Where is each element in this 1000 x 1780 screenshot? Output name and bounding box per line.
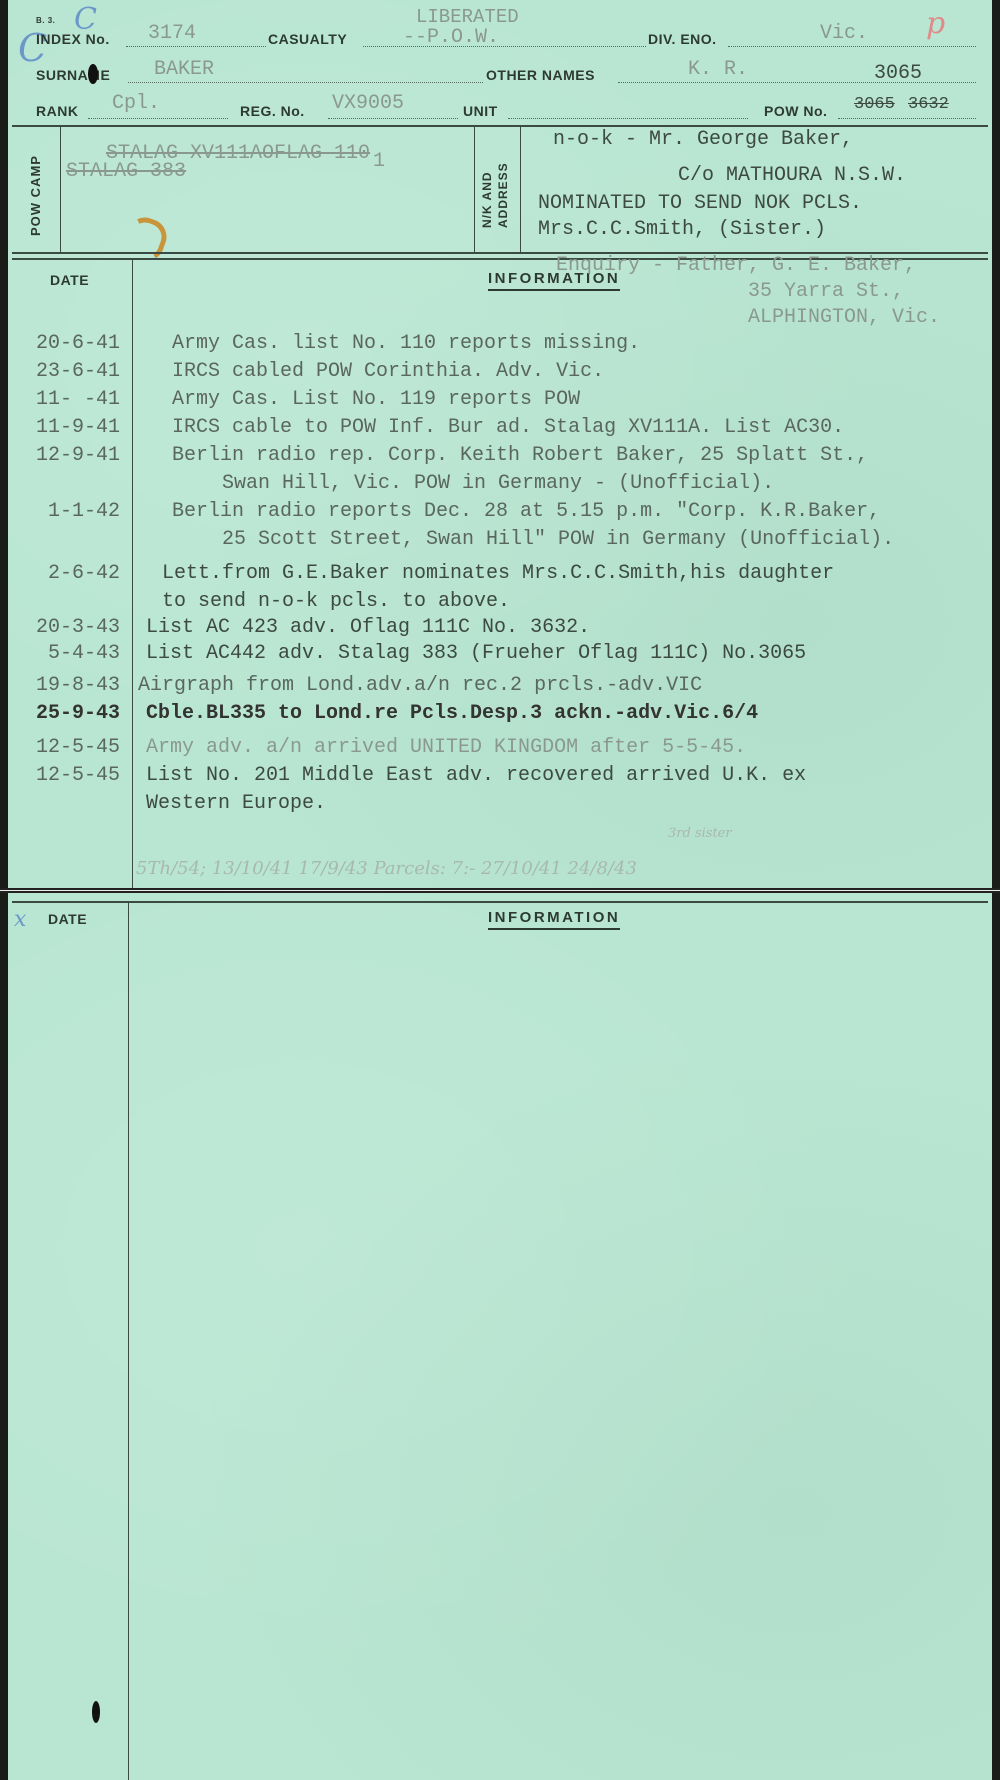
nok-line: n-o-k - Mr. George Baker, [553,128,853,151]
entry-text: Berlin radio reports Dec. 28 at 5.15 p.m… [172,500,880,523]
pow-camp-line-2: STALAG 383 [66,160,186,183]
entry-text: Cble.BL335 to Lond.re Pcls.Desp.3 ackn.-… [146,702,758,725]
ink-blot [92,1701,100,1723]
entry-date: 2-6-42 [48,562,120,585]
entry-text: Army adv. a/n arrived UNITED KINGDOM aft… [146,736,746,759]
entry-text: IRCS cabled POW Corinthia. Adv. Vic. [172,360,604,383]
entry-text: Swan Hill, Vic. POW in Germany - (Unoffi… [222,472,774,495]
casualty-value: --P.O.W. [403,26,499,49]
entry-date: 23-6-41 [36,360,120,383]
entry-date: 12-5-45 [36,764,120,787]
date-column-header: DATE [50,272,89,288]
entry-date: 25-9-43 [36,702,120,725]
nok-line: C/o MATHOURA N.S.W. [678,164,906,187]
entry-text: Western Europe. [146,792,326,815]
entry-date: 12-9-41 [36,444,120,467]
reg-no-value: VX9005 [332,92,404,115]
pow-no-struck-2: 3632 [908,95,949,114]
enquiry-line: Enquiry - Father, G. E. Baker, [556,254,916,277]
entry-text: Airgraph from Lond.adv.a/n rec.2 prcls.-… [138,674,702,697]
surname-label: SURNAME [36,67,110,83]
other-names-value: K. R. [688,58,748,81]
enquiry-line: 35 Yarra St., [748,280,904,303]
entry-text: List AC442 adv. Stalag 383 (Frueher Ofla… [146,642,806,665]
index-no-label: INDEX No. [36,31,110,47]
pow-camp-label: POW CAMP [28,155,43,236]
entry-text: to send n-o-k pcls. to above. [162,590,510,613]
blue-pencil-mark: x [14,907,26,932]
information-column-header: INFORMATION [488,909,620,930]
index-no-value: 3174 [148,22,196,45]
entry-date: 19-8-43 [36,674,120,697]
rust-stain [120,212,171,263]
rank-value: Cpl. [112,92,160,115]
surname-value: BAKER [154,58,214,81]
red-pencil-mark: p [926,6,945,41]
div-eno-label: DIV. ENO. [648,31,717,47]
form-code: B. 3. [36,16,55,25]
entry-text: List No. 201 Middle East adv. recovered … [146,764,806,787]
enquiry-line: ALPHINGTON, Vic. [748,306,940,329]
casualty-label: CASUALTY [268,31,347,47]
liberated-stamp: LIBERATED [416,6,519,28]
entry-date: 20-3-43 [36,616,120,639]
entry-text: List AC 423 adv. Oflag 111C No. 3632. [146,616,590,639]
entry-text: Berlin radio rep. Corp. Keith Robert Bak… [172,444,868,467]
entry-date: 20-6-41 [36,332,120,355]
entry-text: 25 Scott Street, Swan Hill" POW in Germa… [222,528,894,551]
address-label: ADDRESS [496,162,510,228]
entry-date: 11- -41 [36,388,120,411]
pow-camp-line-1-extra: 1 [373,150,385,173]
rank-label: RANK [36,103,78,119]
entry-date: 11-9-41 [36,416,120,439]
nok-line: Mrs.C.C.Smith, (Sister.) [538,218,826,241]
entry-text: IRCS cable to POW Inf. Bur ad. Stalag XV… [172,416,844,439]
other-names-label: OTHER NAMES [486,67,595,83]
nk-and-label: N/K AND [480,171,494,228]
entry-date: 1-1-42 [48,500,120,523]
other-names-number: 3065 [874,62,922,85]
unit-label: UNIT [463,103,498,119]
pow-index-card-front: B. 3. C C INDEX No. 3174 CASUALTY LIBERA… [8,0,992,888]
entry-text: Lett.from G.E.Baker nominates Mrs.C.C.Sm… [162,562,834,585]
nok-line: NOMINATED TO SEND NOK PCLS. [538,192,862,215]
entry-text: Army Cas. list No. 110 reports missing. [172,332,640,355]
pow-no-label: POW No. [764,103,827,119]
date-column-header: DATE [48,911,87,927]
ink-blot [88,64,98,84]
handwritten-footer-notes: 5Th/54; 13/10/41 17/9/43 Parcels: 7:- 27… [136,858,637,879]
pow-no-struck: 3065 [854,95,895,114]
div-eno-value: Vic. [820,22,868,45]
reg-no-label: REG. No. [240,103,305,119]
entry-date: 12-5-45 [36,736,120,759]
entry-date: 5-4-43 [48,642,120,665]
handwritten-footer-sup: 3rd sister [668,826,732,841]
entry-text: Army Cas. List No. 119 reports POW [172,388,580,411]
pow-index-card-back: DATE INFORMATION x [8,893,992,1780]
